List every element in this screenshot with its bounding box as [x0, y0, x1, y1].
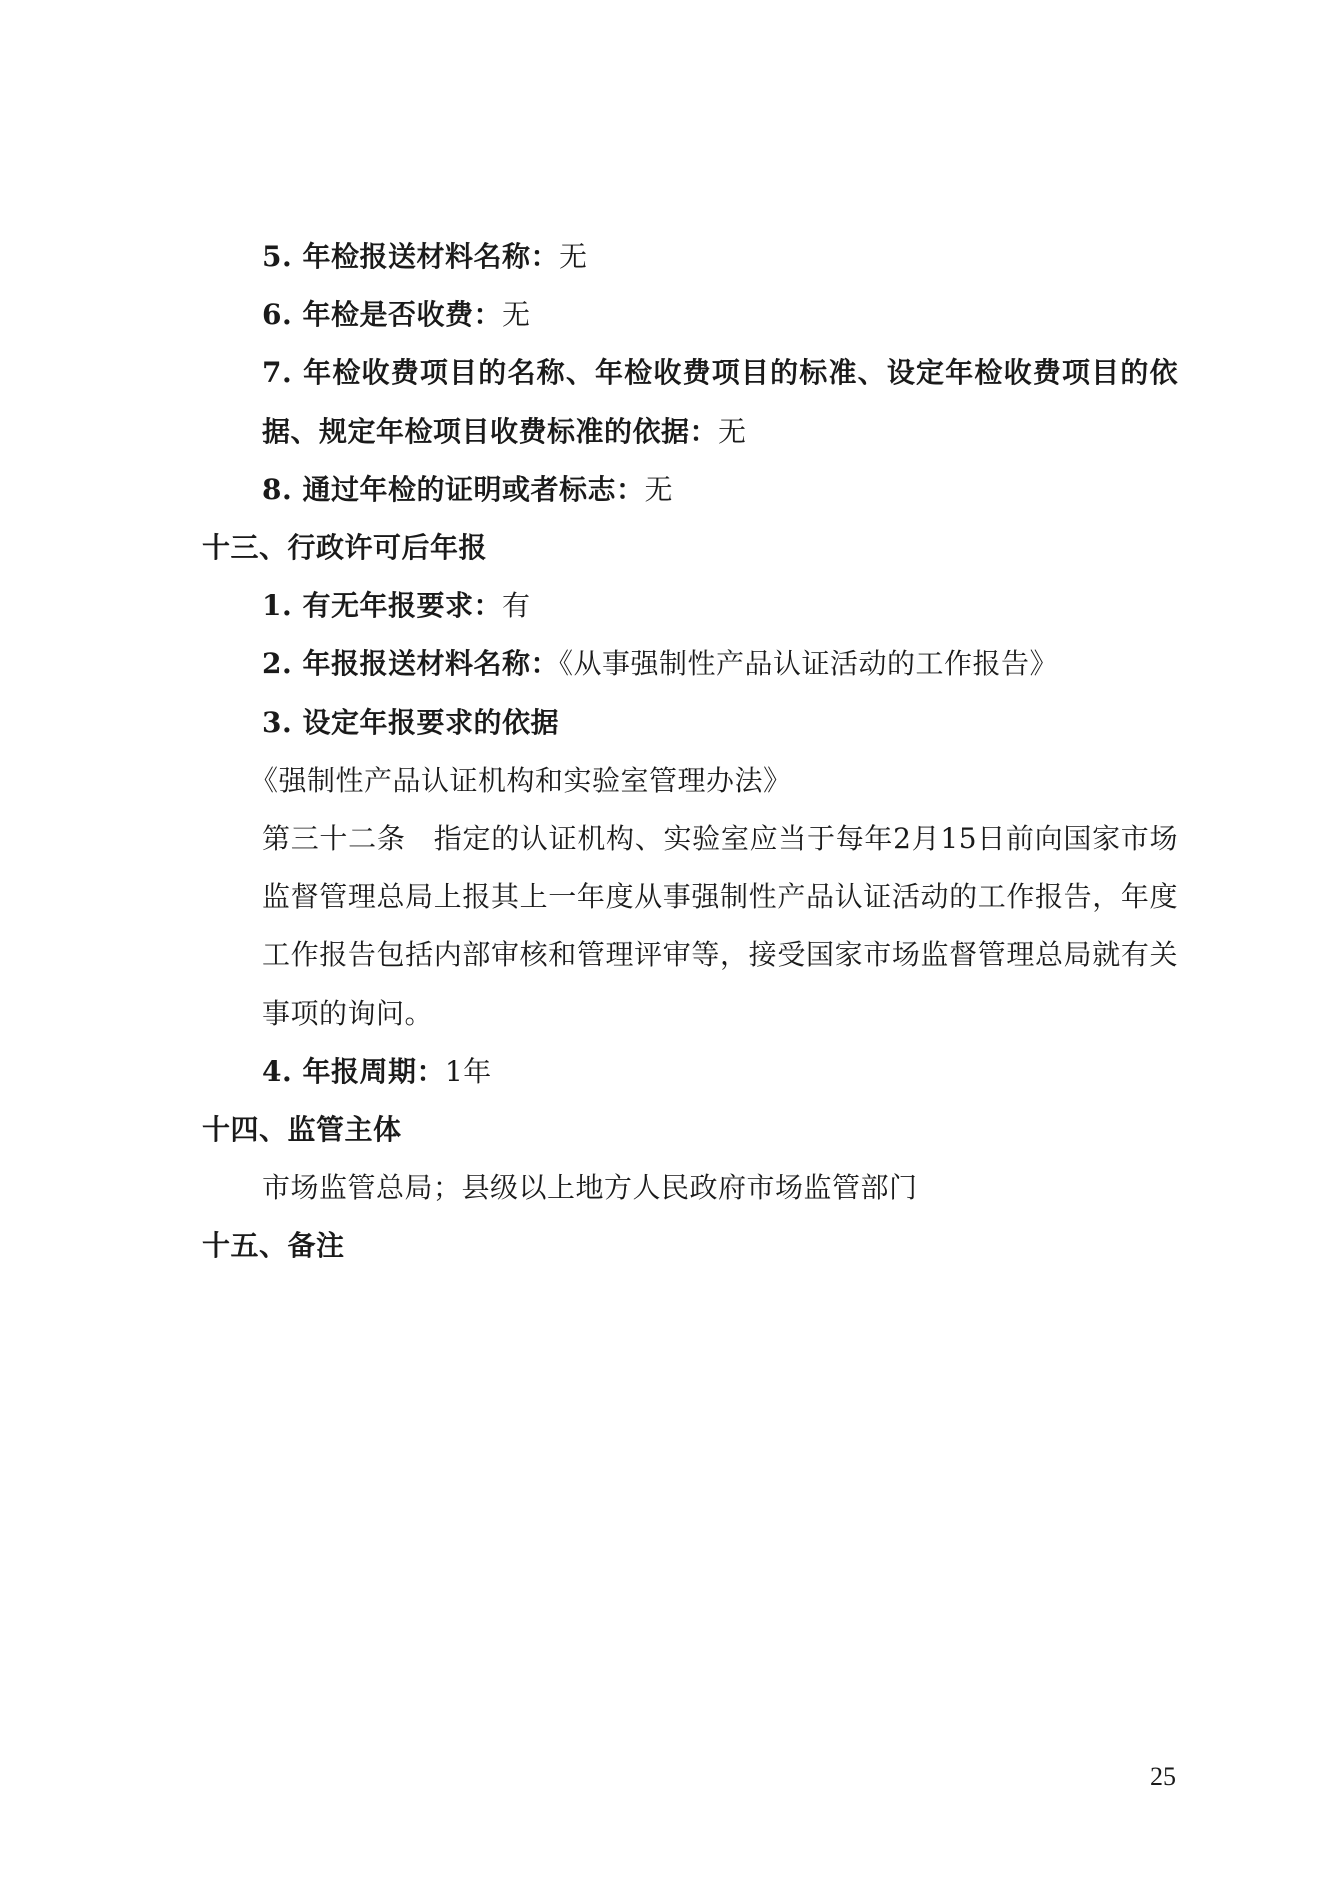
section-heading-13: 十三、行政许可后年报 — [202, 519, 1178, 577]
item-4-report-period: 4. 年报周期：1年 — [202, 1043, 1178, 1101]
article-number: 第三十二条 — [262, 822, 406, 855]
item-value: 《从事强制性产品认证活动的工作报告》 — [559, 647, 1058, 680]
page-number: 25 — [1150, 1762, 1176, 1792]
section-heading-15: 十五、备注 — [202, 1217, 1178, 1275]
item-1-annual-report-required: 1. 有无年报要求：有 — [202, 577, 1178, 635]
item-label: 8. 通过年检的证明或者标志： — [262, 473, 644, 506]
item-value: 无 — [502, 298, 531, 331]
item-value: 1年 — [445, 1055, 492, 1088]
item-value: 无 — [644, 473, 673, 506]
item-label: 1. 有无年报要求： — [262, 589, 502, 622]
item-2-report-materials: 2. 年报报送材料名称：《从事强制性产品认证活动的工作报告》 — [202, 635, 1178, 693]
section-heading-14: 十四、监管主体 — [202, 1101, 1178, 1159]
item-value: 无 — [718, 415, 747, 448]
document-page: 5. 年检报送材料名称：无 6. 年检是否收费：无 7. 年检收费项目的名称、年… — [202, 228, 1178, 1275]
item-5: 5. 年检报送材料名称：无 — [202, 228, 1178, 286]
item-8: 8. 通过年检的证明或者标志：无 — [202, 461, 1178, 519]
item-label: 6. 年检是否收费： — [262, 298, 502, 331]
item-value: 有 — [502, 589, 531, 622]
item-value: 无 — [559, 240, 588, 273]
item-label: 3. 设定年报要求的依据 — [262, 706, 559, 739]
article-paragraph: 第三十二条指定的认证机构、实验室应当于每年2月15日前向国家市场监督管理总局上报… — [202, 810, 1178, 1043]
item-3-basis: 3. 设定年报要求的依据 — [202, 694, 1178, 752]
item-label: 5. 年检报送材料名称： — [262, 240, 559, 273]
item-7: 7. 年检收费项目的名称、年检收费项目的标准、设定年检收费项目的依据、规定年检项… — [202, 344, 1178, 460]
law-title: 《强制性产品认证机构和实验室管理办法》 — [202, 752, 1178, 810]
item-label: 4. 年报周期： — [262, 1055, 445, 1088]
item-label: 2. 年报报送材料名称： — [262, 647, 559, 680]
item-6: 6. 年检是否收费：无 — [202, 286, 1178, 344]
supervisory-body-text: 市场监管总局；县级以上地方人民政府市场监管部门 — [202, 1159, 1178, 1217]
